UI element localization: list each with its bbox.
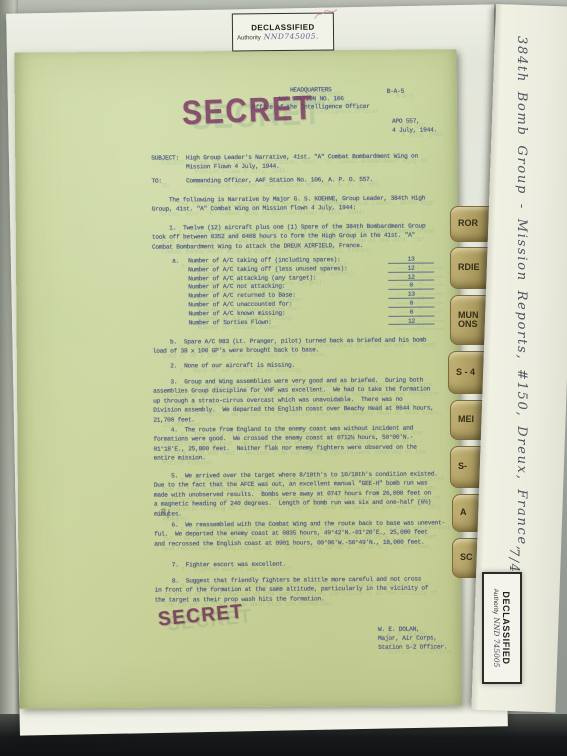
authority-number-handwritten: NND 745005 — [493, 617, 502, 667]
paragraph-8: 8. Suggest that friendly fighters be ali… — [155, 575, 429, 605]
apo-date-block: APO 557, 4 July, 1944. — [392, 116, 437, 134]
subject-line: SUBJECT: High Group Leader's Narrative, … — [151, 152, 418, 173]
signature-block: W. E. DOLAN, Major, Air Corps, Station S… — [378, 624, 447, 652]
to-line: TO: Commanding Officer, AAF Station No. … — [151, 175, 373, 186]
paragraph-4: 4. The route from England to the enemy c… — [153, 424, 416, 464]
stats-value: 12 — [388, 272, 434, 281]
paragraph-1: 1. Twelve (12) aircraft plus one (1) Spa… — [152, 222, 426, 252]
handwritten-archive-note: 384th Bomb Group - Mission Reports, #150… — [514, 36, 529, 596]
intro-paragraph: The following is Narrative by Major G. S… — [152, 194, 426, 215]
secret-stamp-bottom: SECRET — [158, 608, 244, 625]
secret-stamp-top: SECRET — [182, 104, 314, 119]
document-page: HEADQUARTERS AAF STATION NO. 106 Office … — [14, 49, 461, 708]
authority-number-handwritten: NND745005. — [264, 32, 319, 42]
stats-value: 0 — [388, 307, 434, 316]
authority-label: Authority — [237, 35, 261, 41]
authority-label: Authority — [493, 589, 500, 615]
paragraph-5: 5. We arrived over the target where 8/10… — [154, 469, 438, 518]
photo-of-document: HEADQUARTERS AAF STATION NO. 106 Office … — [0, 0, 567, 756]
signature-name: W. E. DOLAN, — [378, 624, 447, 634]
stats-value: 13 — [388, 290, 434, 299]
paragraph-7: 7. Fighter escort was excellent. — [154, 560, 286, 570]
stats-value: 12 — [389, 316, 435, 325]
date-line: 4 July, 1944. — [392, 125, 437, 134]
pencil-margin-mark: 8| — [159, 509, 171, 520]
apo-line: APO 557, — [392, 116, 437, 125]
stats-value: 0 — [388, 281, 434, 290]
signature-rank: Major, Air Corps, — [378, 634, 447, 644]
declassified-title: DECLASSIFIED — [502, 591, 512, 664]
paragraph-6: 6. We reassembled with the Combat Wing a… — [154, 518, 445, 549]
reference-code: B-A-5 — [387, 87, 404, 97]
stats-value: 0 — [388, 298, 434, 307]
signature-title: Station S-2 Officer. — [378, 643, 447, 653]
stats-value: 13 — [388, 254, 434, 263]
paragraph-3: 3. Group and Wing assemblies were very g… — [153, 375, 434, 424]
paragraph-2: 2. None of our aircraft is missing. — [153, 361, 295, 372]
paragraph-b: b. Spare A/C 083 (Lt. Pranger, pilot) tu… — [153, 336, 427, 357]
aircraft-stats-table: a. Number of A/C taking off (including s… — [152, 254, 459, 327]
stats-marker: a. — [172, 256, 188, 265]
stats-label: Number of Sorties Flown: — [189, 316, 389, 326]
typed-text-block: HEADQUARTERS AAF STATION NO. 106 Office … — [151, 79, 462, 701]
stats-value: 12 — [388, 263, 434, 272]
declassified-stamp-top: DECLASSIFIED Authority NND745005. — [232, 12, 334, 51]
stats-row: Number of Sorties Flown: 12 — [153, 316, 459, 327]
pen-scribble — [313, 6, 339, 22]
declassified-stamp-side: DECLASSIFIED Authority NND 745005 — [482, 572, 522, 684]
